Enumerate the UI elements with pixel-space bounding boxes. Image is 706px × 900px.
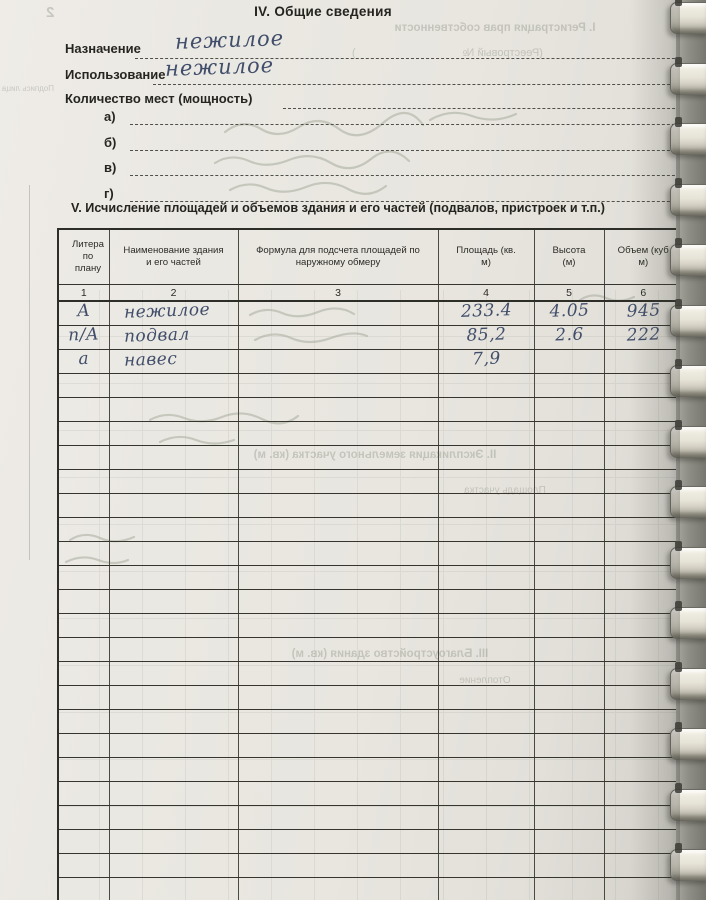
cell-volume <box>604 758 683 782</box>
cell-area <box>438 494 534 518</box>
subitem-line <box>130 175 700 176</box>
cell-formula <box>238 806 438 830</box>
handwritten-value: навес <box>109 350 238 370</box>
table-row <box>58 422 683 446</box>
cell-height <box>534 422 604 446</box>
table-row <box>58 518 683 542</box>
cell-formula <box>238 758 438 782</box>
table-row <box>58 782 683 806</box>
cell-name <box>109 878 238 900</box>
cell-litera <box>58 590 109 614</box>
binding-loop <box>670 849 706 881</box>
cell-litera <box>58 830 109 854</box>
table-row <box>58 830 683 854</box>
binding-loop <box>670 305 706 337</box>
cell-litera <box>58 566 109 590</box>
table-row <box>58 542 683 566</box>
subitem-label: б) <box>104 135 116 150</box>
cell-name <box>109 638 238 662</box>
cell-area <box>438 734 534 758</box>
binding-loop <box>670 607 706 639</box>
field-naznachenie-label: Назначение <box>65 41 141 56</box>
column-number: 6 <box>604 285 683 302</box>
cell-formula <box>238 710 438 734</box>
handwritten-value: А <box>59 302 109 321</box>
cell-height <box>534 590 604 614</box>
table-row <box>58 398 683 422</box>
binding-loop <box>670 365 706 397</box>
binding-loop <box>670 486 706 518</box>
table-row: Анежилое233.44.05945 <box>58 301 683 326</box>
field-ispolzovanie: Использование <box>65 66 700 88</box>
cell-formula <box>238 662 438 686</box>
cell-name <box>109 542 238 566</box>
cell-area <box>438 422 534 446</box>
cell-height <box>534 662 604 686</box>
cell-formula <box>238 542 438 566</box>
binding-loop <box>670 123 706 155</box>
field-ispolzovanie-label: Использование <box>65 67 166 82</box>
field-kolichestvo-label: Количество мест (мощность) <box>65 91 252 106</box>
table-row <box>58 734 683 758</box>
column-header-text: Литера по плану <box>59 239 109 275</box>
table-row <box>58 446 683 470</box>
cell-height <box>534 734 604 758</box>
binding-loop <box>670 789 706 821</box>
column-number: 4 <box>438 285 534 302</box>
cell-litera: А <box>58 301 109 326</box>
cell-area <box>438 566 534 590</box>
bleedthrough-registration-title: І. Регистрация прав собственности <box>330 22 660 34</box>
cell-name <box>109 566 238 590</box>
table-row <box>58 590 683 614</box>
cell-formula <box>238 830 438 854</box>
subitem-line <box>130 150 700 151</box>
cell-litera: а <box>58 350 109 374</box>
cell-formula <box>238 590 438 614</box>
subitem-label: г) <box>104 186 114 201</box>
column-header: Высота (м) <box>534 229 604 285</box>
cell-name: навес <box>109 350 238 374</box>
cell-height <box>534 542 604 566</box>
cell-litera <box>58 878 109 900</box>
cell-name <box>109 398 238 422</box>
table-row <box>58 374 683 398</box>
cell-formula <box>238 422 438 446</box>
binding-loop <box>670 63 706 95</box>
cell-volume <box>604 638 683 662</box>
cell-volume <box>604 830 683 854</box>
handwritten-value: нежилое <box>109 301 238 322</box>
cell-formula <box>238 734 438 758</box>
cell-litera <box>58 662 109 686</box>
column-number: 1 <box>58 285 109 302</box>
handwritten-value: 2.6 <box>534 326 604 345</box>
cell-formula <box>238 518 438 542</box>
cell-name <box>109 854 238 878</box>
subitem-label: а) <box>104 109 116 124</box>
table-row <box>58 566 683 590</box>
cell-litera <box>58 686 109 710</box>
binding-loop <box>670 728 706 760</box>
area-volume-table: Литера по плануНаименование здания и его… <box>57 228 684 900</box>
column-header-text: Формула для подсчета площадей по наружно… <box>239 245 438 269</box>
cell-name <box>109 782 238 806</box>
cell-area: 233.4 <box>438 301 534 326</box>
cell-litera <box>58 614 109 638</box>
cell-height <box>534 782 604 806</box>
capacity-subitem: в) <box>104 159 700 179</box>
cell-name <box>109 374 238 398</box>
cell-height <box>534 830 604 854</box>
column-header: Наименование здания и его частей <box>109 229 238 285</box>
cell-height <box>534 350 604 374</box>
table-row: п/Аподвал85,22.6222 <box>58 326 683 350</box>
cell-formula <box>238 782 438 806</box>
column-numbers-row: 123456 <box>58 285 683 302</box>
handwritten-value: а <box>59 350 109 369</box>
table-row <box>58 758 683 782</box>
scanned-page: 2 І. Регистрация прав собственности (Рее… <box>0 0 706 900</box>
column-header-text: Площадь (кв. м) <box>439 245 534 269</box>
field-ispolzovanie-line <box>153 84 700 85</box>
section4-title: IV. Общие сведения <box>0 4 646 19</box>
cell-litera <box>58 542 109 566</box>
cell-height <box>534 566 604 590</box>
cell-area <box>438 782 534 806</box>
table-row <box>58 662 683 686</box>
cell-formula <box>238 350 438 374</box>
table-row: анавес7,9 <box>58 350 683 374</box>
cell-name <box>109 590 238 614</box>
field-ispolzovanie-value: нежилое <box>165 53 275 81</box>
cell-height: 4.05 <box>534 301 604 326</box>
cell-area <box>438 662 534 686</box>
binding-loop <box>670 184 706 216</box>
cell-name <box>109 806 238 830</box>
table-row <box>58 470 683 494</box>
cell-name: нежилое <box>109 301 238 326</box>
cell-formula <box>238 566 438 590</box>
cell-litera <box>58 638 109 662</box>
table-row <box>58 494 683 518</box>
table-row <box>58 710 683 734</box>
cell-formula <box>238 494 438 518</box>
field-naznachenie-value: нежилое <box>175 26 285 54</box>
cell-height <box>534 710 604 734</box>
cell-formula <box>238 301 438 326</box>
cell-formula <box>238 446 438 470</box>
subitem-line <box>130 124 700 125</box>
binding-loop <box>670 2 706 34</box>
cell-formula <box>238 638 438 662</box>
subitem-label: в) <box>104 160 116 175</box>
table-row <box>58 806 683 830</box>
cell-area <box>438 590 534 614</box>
cell-name: подвал <box>109 326 238 350</box>
cell-area <box>438 446 534 470</box>
cell-litera: п/А <box>58 326 109 350</box>
handwritten-value: п/А <box>59 326 109 345</box>
table-row <box>58 854 683 878</box>
cell-height <box>534 398 604 422</box>
binding-loop <box>670 244 706 276</box>
cell-area <box>438 518 534 542</box>
cell-name <box>109 758 238 782</box>
cell-volume <box>604 878 683 900</box>
handwritten-value: 233.4 <box>438 301 534 321</box>
cell-name <box>109 518 238 542</box>
column-header: Площадь (кв. м) <box>438 229 534 285</box>
cell-litera <box>58 470 109 494</box>
cell-area <box>438 806 534 830</box>
table-row <box>58 614 683 638</box>
column-header-text: Наименование здания и его частей <box>110 245 238 269</box>
cell-litera <box>58 398 109 422</box>
table-row <box>58 638 683 662</box>
cell-area <box>438 758 534 782</box>
cell-formula <box>238 470 438 494</box>
cell-formula <box>238 374 438 398</box>
table-header: Литера по плануНаименование здания и его… <box>58 229 683 285</box>
table-row <box>58 686 683 710</box>
cell-height <box>534 374 604 398</box>
cell-litera <box>58 854 109 878</box>
cell-volume <box>604 398 683 422</box>
cell-area <box>438 614 534 638</box>
cell-litera <box>58 710 109 734</box>
cell-litera <box>58 782 109 806</box>
cell-name <box>109 662 238 686</box>
cell-height <box>534 614 604 638</box>
cell-litera <box>58 422 109 446</box>
cell-litera <box>58 806 109 830</box>
bleedthrough-left-note: Подпись лица <box>0 84 54 94</box>
cell-area: 85,2 <box>438 326 534 350</box>
handwritten-value: 4.05 <box>534 301 604 320</box>
cell-name <box>109 614 238 638</box>
cell-height <box>534 446 604 470</box>
cell-height <box>534 638 604 662</box>
cell-area <box>438 854 534 878</box>
cell-area: 7,9 <box>438 350 534 374</box>
cell-litera <box>58 758 109 782</box>
cell-height <box>534 854 604 878</box>
bleedthrough-line <box>29 185 30 560</box>
binding-loop <box>670 668 706 700</box>
cell-litera <box>58 518 109 542</box>
cell-height <box>534 518 604 542</box>
cell-litera <box>58 734 109 758</box>
cell-area <box>438 638 534 662</box>
column-number: 3 <box>238 285 438 302</box>
cell-formula <box>238 326 438 350</box>
cell-litera <box>58 374 109 398</box>
cell-height: 2.6 <box>534 326 604 350</box>
section5-title: V. Исчисление площадей и объемов здания … <box>0 201 676 215</box>
cell-height <box>534 470 604 494</box>
cell-name <box>109 494 238 518</box>
binding-loop <box>670 547 706 579</box>
cell-name <box>109 470 238 494</box>
cell-area <box>438 374 534 398</box>
cell-area <box>438 542 534 566</box>
cell-height <box>534 878 604 900</box>
cell-formula <box>238 878 438 900</box>
capacity-subitem: а) <box>104 108 700 128</box>
cell-name <box>109 422 238 446</box>
cell-area <box>438 686 534 710</box>
field-naznachenie: Назначение <box>65 40 700 62</box>
column-header: Формула для подсчета площадей по наружно… <box>238 229 438 285</box>
cell-name <box>109 734 238 758</box>
column-number: 5 <box>534 285 604 302</box>
cell-height <box>534 686 604 710</box>
handwritten-value: подвал <box>109 326 238 346</box>
table-row <box>58 878 683 900</box>
cell-name <box>109 710 238 734</box>
binding-loop <box>670 426 706 458</box>
cell-height <box>534 758 604 782</box>
cell-litera <box>58 446 109 470</box>
cell-formula <box>238 854 438 878</box>
cell-formula <box>238 614 438 638</box>
cell-litera <box>58 494 109 518</box>
column-number: 2 <box>109 285 238 302</box>
cell-area <box>438 710 534 734</box>
cell-name <box>109 686 238 710</box>
column-header: Литера по плану <box>58 229 109 285</box>
capacity-subitem: б) <box>104 134 700 154</box>
cell-area <box>438 830 534 854</box>
cell-name <box>109 446 238 470</box>
column-header-text: Высота (м) <box>535 245 604 269</box>
cell-height <box>534 494 604 518</box>
cell-area <box>438 398 534 422</box>
cell-name <box>109 830 238 854</box>
cell-volume <box>604 518 683 542</box>
cell-height <box>534 806 604 830</box>
handwritten-value: 85,2 <box>438 326 534 346</box>
cell-area <box>438 878 534 900</box>
cell-formula <box>238 398 438 422</box>
cell-formula <box>238 686 438 710</box>
handwritten-value: 7,9 <box>438 350 534 370</box>
cell-area <box>438 470 534 494</box>
